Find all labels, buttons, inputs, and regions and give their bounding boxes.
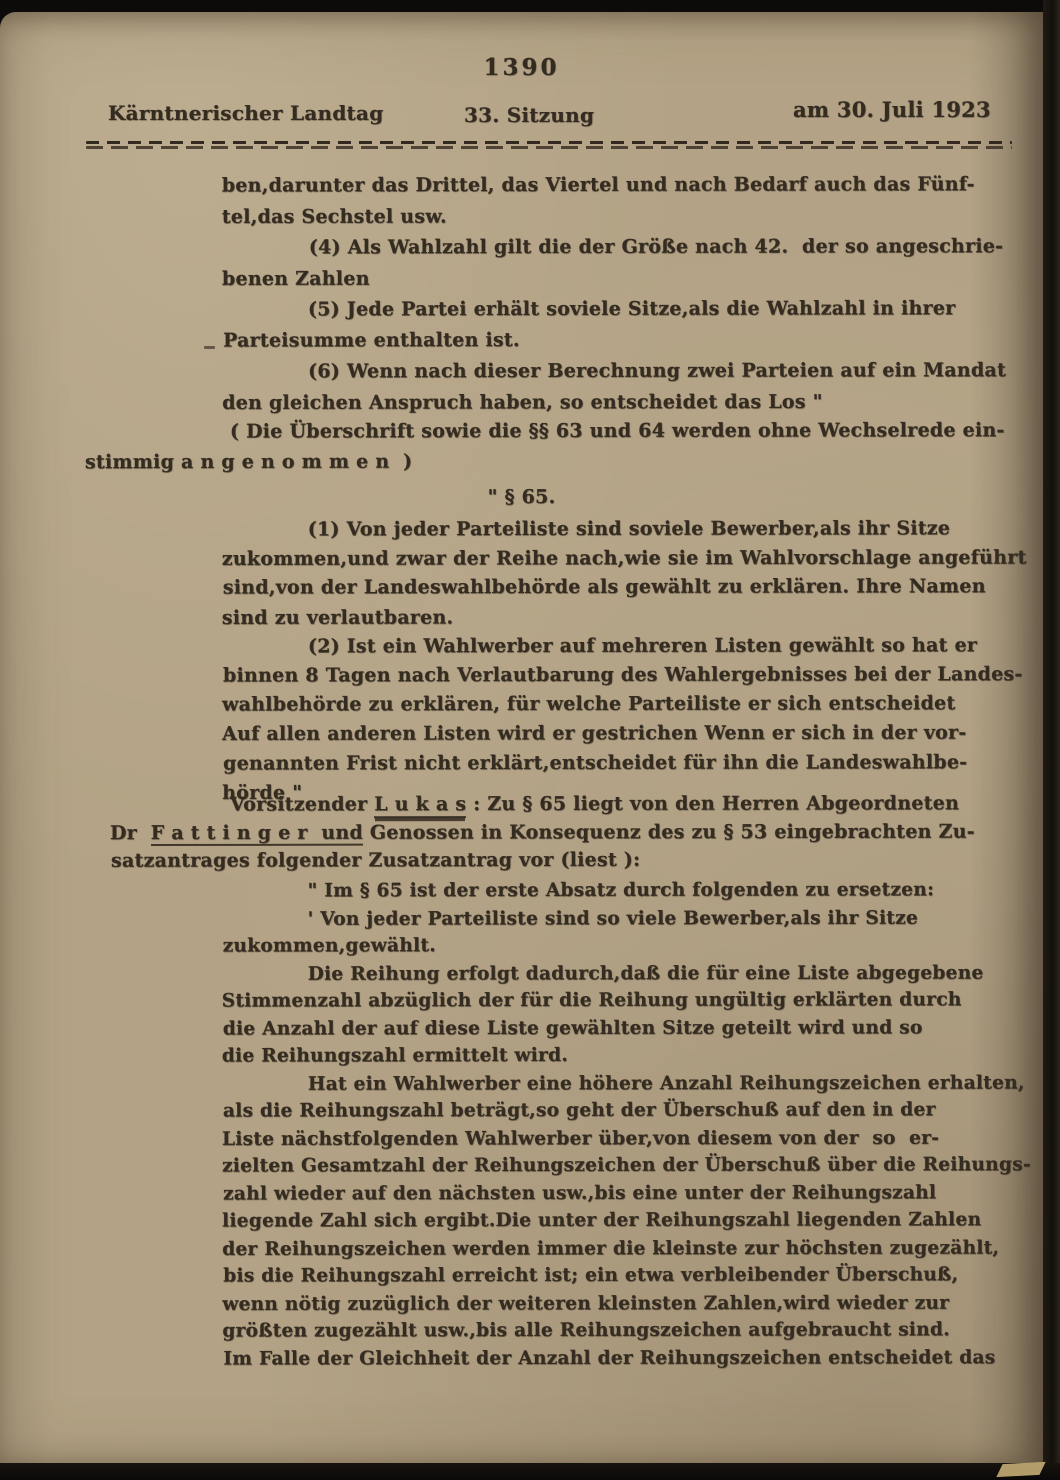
text-segment: Im Falle der Gleichheit der Anzahl der R… [223,1347,995,1369]
text-segment: " Im § 65 ist der erste Absatz durch fol… [308,879,935,901]
text-segment: bis die Reihungszahl erreicht ist; ein e… [223,1264,958,1286]
text-line: Hat ein Wahlwerber eine höhere Anzahl Re… [0,1072,1043,1101]
text-line: als die Reihungszahl beträgt,so geht der… [1,1099,1044,1128]
text-segment: zukommen,und zwar der Reihe nach,wie sie… [222,547,1027,570]
text-segment: Die Reihung erfolgt dadurch,daß die für … [308,962,984,984]
text-segment: liegende Zahl sich ergibt.Die unter der … [222,1209,981,1231]
text-line: " Im § 65 ist der erste Absatz durch fol… [0,879,1043,908]
text-segment: Parteisumme enthalten ist. [223,329,520,352]
text-line: zukommen,gewählt. [1,934,1044,963]
text-segment: als die Reihungszahl beträgt,so geht der… [223,1099,936,1121]
text-line: (5) Jede Partei erhält soviele Sitze,als… [0,297,1043,330]
scan-edge-right [1043,0,1060,1480]
text-line: die Reihungszahl ermittelt wird. [0,1044,1043,1073]
text-segment: die Reihungszahl ermittelt wird. [222,1045,568,1067]
text-segment: Stimmenzahl abzüglich der für die Reihun… [222,989,962,1011]
scan-edge-bottom [0,1463,1060,1480]
text-segment: genannten Frist nicht erklärt,entscheide… [223,751,967,774]
text-line: der Reihungszeichen werden immer die kle… [0,1237,1043,1266]
underlined-name: L u k a s [374,793,466,818]
text-segment: größten zugezählt usw.,bis alle Reihungs… [222,1319,950,1341]
text-line: " § 65. [0,485,1043,517]
header-parliament-name: Kärntnerischer Landtag [108,101,384,125]
text-line: ( Die Überschrift sowie die §§ 63 und 64… [0,419,1043,451]
text-line: (4) Als Wahlzahl gilt die der Größe nach… [1,235,1044,268]
text-segment: (2) Ist ein Wahlwerber auf mehreren List… [308,634,977,657]
text-line: ' Von jeder Parteiliste sind so viele Be… [0,907,1043,936]
text-segment: Liste nächstfolgenden Wahlwerber über,vo… [222,1127,939,1149]
text-segment: der Reihungszeichen werden immer die kle… [222,1237,999,1259]
text-segment: die Anzahl der auf diese Liste gewählten… [223,1017,923,1039]
text-line: größten zugezählt usw.,bis alle Reihungs… [0,1319,1043,1348]
text-segment: ' Von jeder Parteiliste sind so viele Be… [308,907,919,929]
text-line: (1) Von jeder Parteiliste sind soviele B… [0,517,1043,548]
text-line: liegende Zahl sich ergibt.Die unter der … [0,1209,1043,1238]
text-line: Parteisumme enthalten ist. [1,328,1044,361]
text-segment: Genossen in Konsequenz des zu § 53 einge… [363,821,975,844]
text-line: Liste nächstfolgenden Wahlwerber über,vo… [0,1127,1043,1156]
text-segment: Vorsitzender [230,793,374,815]
text-segment: (4) Als Wahlzahl gilt die der Größe nach… [309,235,1003,258]
text-line: benen Zahlen [0,266,1043,299]
text-segment: " § 65. [488,486,556,508]
text-segment: zahl wieder auf den nächsten usw.,bis ei… [223,1182,936,1204]
text-segment: stimmig a n g e n o m m e n ) [85,451,412,474]
text-segment: ( Die Überschrift sowie die §§ 63 und 64… [230,419,1005,442]
header-session-number: 33. Sitzung [464,103,594,127]
text-line: Auf allen anderen Listen wird er gestric… [0,722,1043,753]
text-segment: Hat ein Wahlwerber eine höhere Anzahl Re… [308,1072,1025,1094]
text-line: ben,darunter das Drittel, das Viertel un… [0,173,1043,206]
text-line: (2) Ist ein Wahlwerber auf mehreren List… [0,634,1043,665]
scan-corner-artifact [996,1462,1045,1477]
text-segment: binnen 8 Tagen nach Verlautbarung des Wa… [223,663,1023,686]
text-line: wahlbehörde zu erklären, für welche Part… [0,692,1043,723]
text-segment: sind,von der Landeswahlbehörde als gewäh… [223,576,986,599]
text-line: zahl wieder auf den nächsten usw.,bis ei… [1,1182,1044,1211]
text-line: bis die Reihungszahl erreicht ist; ein e… [1,1264,1044,1293]
text-segment: sind zu verlautbaren. [222,606,454,628]
text-line: Stimmenzahl abzüglich der für die Reihun… [0,989,1043,1018]
text-line: genannten Frist nicht erklärt,entscheide… [1,751,1044,782]
text-segment: Dr [110,822,151,844]
scanned-document-page: 1390 Kärntnerischer Landtag 33. Sitzung … [0,0,1060,1480]
text-line: zielten Gesamtzahl der Reihungszeichen d… [0,1154,1043,1183]
text-line: wenn nötig zuzüglich der weiteren kleins… [0,1292,1043,1321]
paragraph-block-sec65-text: (1) Von jeder Parteiliste sind soviele B… [0,517,1043,811]
text-segment: tel,das Sechstel usw. [222,206,447,228]
paragraph-block-sec64-items: ben,darunter das Drittel, das Viertel un… [0,173,1043,423]
text-line: sind zu verlautbaren. [0,605,1043,636]
header-session-date: am 30. Juli 1923 [793,97,991,122]
paragraph-block-adoption-note: ( Die Überschrift sowie die §§ 63 und 64… [0,419,1043,481]
text-line: die Anzahl der auf diese Liste gewählten… [1,1017,1044,1046]
section-heading-65: " § 65. [0,485,1043,517]
underlined-name: F a t t i n g e r und [151,822,363,846]
text-segment: zielten Gesamtzahl der Reihungszeichen d… [222,1154,1031,1176]
text-segment: (5) Jede Partei erhält soviele Sitze,als… [308,297,956,320]
paragraph-block-amendment-text: " Im § 65 ist der erste Absatz durch fol… [0,879,1043,1376]
text-line: stimmig a n g e n o m m e n ) [0,449,1043,481]
text-line: zukommen,und zwar der Reihe nach,wie sie… [0,547,1043,578]
text-line: Vorsitzender L u k a s : Zu § 65 liegt v… [0,792,1043,822]
text-segment: satzantrages folgender Zusatzantrag vor … [111,849,640,872]
header-dashed-rule [86,140,1012,150]
text-line: Die Reihung erfolgt dadurch,daß die für … [0,962,1043,991]
text-line: sind,von der Landeswahlbehörde als gewäh… [1,575,1044,606]
text-segment: benen Zahlen [222,268,370,290]
text-line: tel,das Sechstel usw. [0,204,1043,237]
text-line: Im Falle der Gleichheit der Anzahl der R… [1,1347,1044,1376]
paragraph-block-chairman-lukas: Vorsitzender L u k a s : Zu § 65 liegt v… [0,792,1043,878]
text-segment: Auf allen anderen Listen wird er gestric… [222,722,966,745]
text-segment: zukommen,gewählt. [223,935,436,956]
text-segment: (6) Wenn nach dieser Berechnung zwei Par… [308,359,1006,382]
text-segment: wenn nötig zuzüglich der weiteren kleins… [222,1292,949,1314]
text-segment: (1) Von jeder Parteiliste sind soviele B… [308,517,951,540]
text-segment: ben,darunter das Drittel, das Viertel un… [222,173,975,196]
text-line: satzantrages folgender Zusatzantrag vor … [1,848,1044,878]
text-line: (6) Wenn nach dieser Berechnung zwei Par… [0,359,1043,392]
page-number: 1390 [0,54,1043,81]
text-line: Dr F a t t i n g e r und Genossen in Kon… [0,820,1043,850]
text-segment: wahlbehörde zu erklären, für welche Part… [222,692,955,715]
text-segment: den gleichen Anspruch haben, so entschei… [222,391,823,414]
text-segment: : Zu § 65 liegt von den Herren Abgeordne… [466,792,959,815]
text-line: binnen 8 Tagen nach Verlautbarung des Wa… [1,663,1044,694]
